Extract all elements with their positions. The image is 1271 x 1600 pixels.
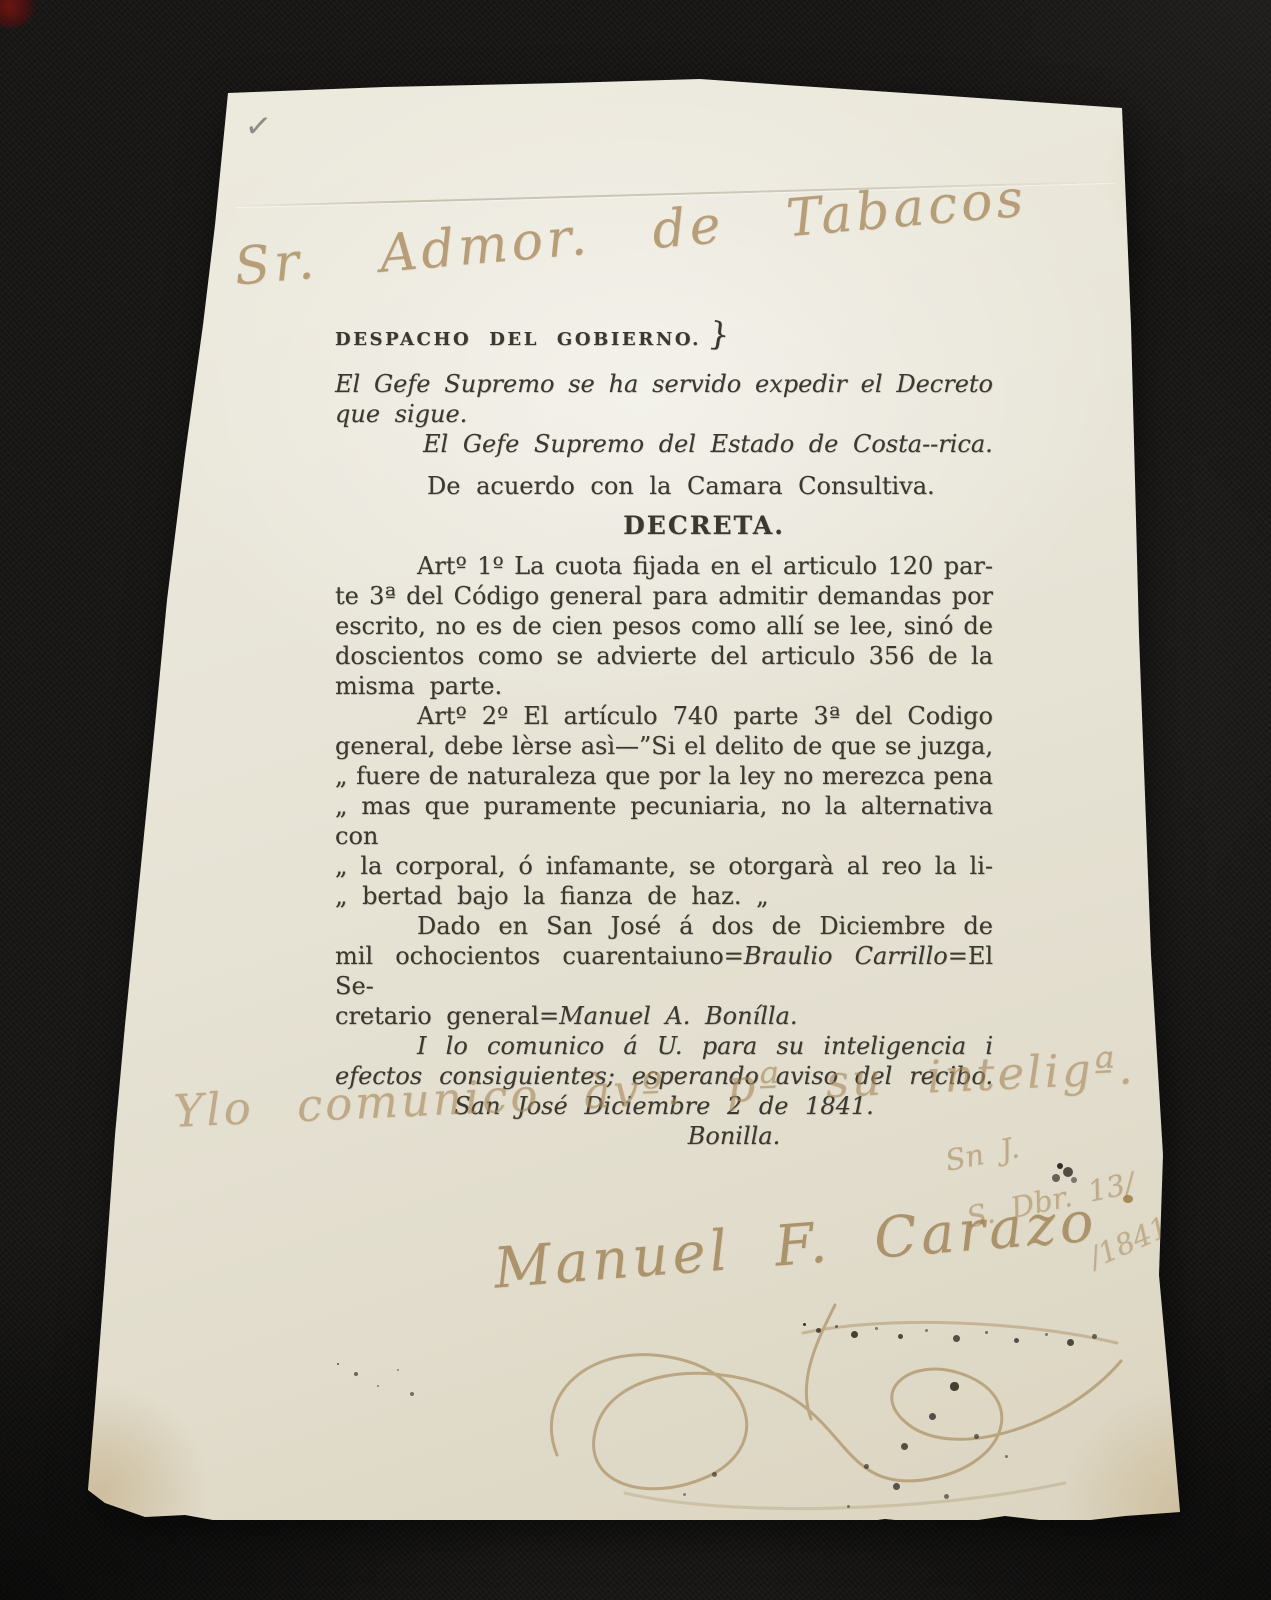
signature-flourish (505, 1303, 1145, 1543)
article-1-line: te 3ª del Código general para admitir de… (335, 581, 993, 611)
office-heading: DESPACHO DEL GOBIERNO. (335, 321, 701, 355)
article-1-line: Artº 1º La cuota fijada en el articulo 1… (335, 551, 993, 581)
intro-line: El Gefe Supremo se ha servido expedir el… (335, 369, 993, 399)
closing-text: cretario general= (335, 1002, 559, 1030)
decree-heading: DECRETA. (335, 511, 993, 541)
brace-mark: } (707, 320, 731, 349)
article-2-line: „ la corporal, ó infamante, se otorgarà … (335, 851, 993, 881)
article-2-line: „ mas que puramente pecuniaria, no la al… (335, 791, 993, 851)
ink-blot (1057, 1163, 1063, 1169)
red-corner-mark (0, 0, 38, 28)
name-braulio-carrillo: Braulio Carrillo (744, 942, 948, 970)
ink-spatter-small (337, 1363, 339, 1365)
closing-line: cretario general=Manuel A. Bonílla. (335, 1001, 993, 1031)
closing-text: mil ochocientos cuarentaiuno= (335, 942, 744, 970)
closing-line: Dado en San José á dos de Diciembre de (335, 911, 993, 941)
article-2-line: Artº 2º El artículo 740 parte 3ª del Cod… (335, 701, 993, 731)
intro-paragraph: El Gefe Supremo se ha servido expedir el… (335, 369, 993, 429)
wax-drop (1123, 1195, 1133, 1203)
article-2-line: general, debe lèrse asì—”Si el delito de… (335, 731, 993, 761)
article-2-line: „ fuere de naturaleza que por la ley no … (335, 761, 993, 791)
issuer-line: El Gefe Supremo del Estado de Costa--ric… (335, 429, 993, 459)
name-manuel-bonilla: Manuel A. Bonílla. (559, 1002, 797, 1030)
handwritten-addressee: Sr. Admor. de Tabacos (232, 168, 1029, 297)
article-1: Artº 1º La cuota fijada en el articulo 1… (335, 551, 993, 701)
intro-line: que sigue. (335, 399, 993, 429)
article-1-line: escrito, no es de cien pesos como allí s… (335, 611, 993, 641)
closing-paragraph: Dado en San José á dos de Diciembre de m… (335, 911, 993, 1031)
article-1-line: misma parte. (335, 671, 993, 701)
printed-decree-text: DESPACHO DEL GOBIERNO. } El Gefe Supremo… (335, 321, 993, 1151)
closing-line: mil ochocientos cuarentaiuno=Braulio Car… (335, 941, 993, 1001)
article-2-line: „ bertad bajo la fianza de haz. „ (335, 881, 993, 911)
office-heading-row: DESPACHO DEL GOBIERNO. } (335, 321, 993, 355)
ink-spatter (803, 1323, 806, 1326)
document-paper: ✓ Sr. Admor. de Tabacos DESPACHO DEL GOB… (85, 75, 1190, 1520)
article-1-line: doscientos como se advierte del articulo… (335, 641, 993, 671)
handwritten-signature-carazo: Manuel F. Carazo (491, 1189, 1099, 1301)
article-2: Artº 2º El artículo 740 parte 3ª del Cod… (335, 701, 993, 911)
accord-line: De acuerdo con la Camara Consultiva. (335, 471, 993, 501)
photograph-of-decree: ✓ Sr. Admor. de Tabacos DESPACHO DEL GOB… (0, 0, 1271, 1600)
pencil-checkmark: ✓ (243, 106, 274, 147)
